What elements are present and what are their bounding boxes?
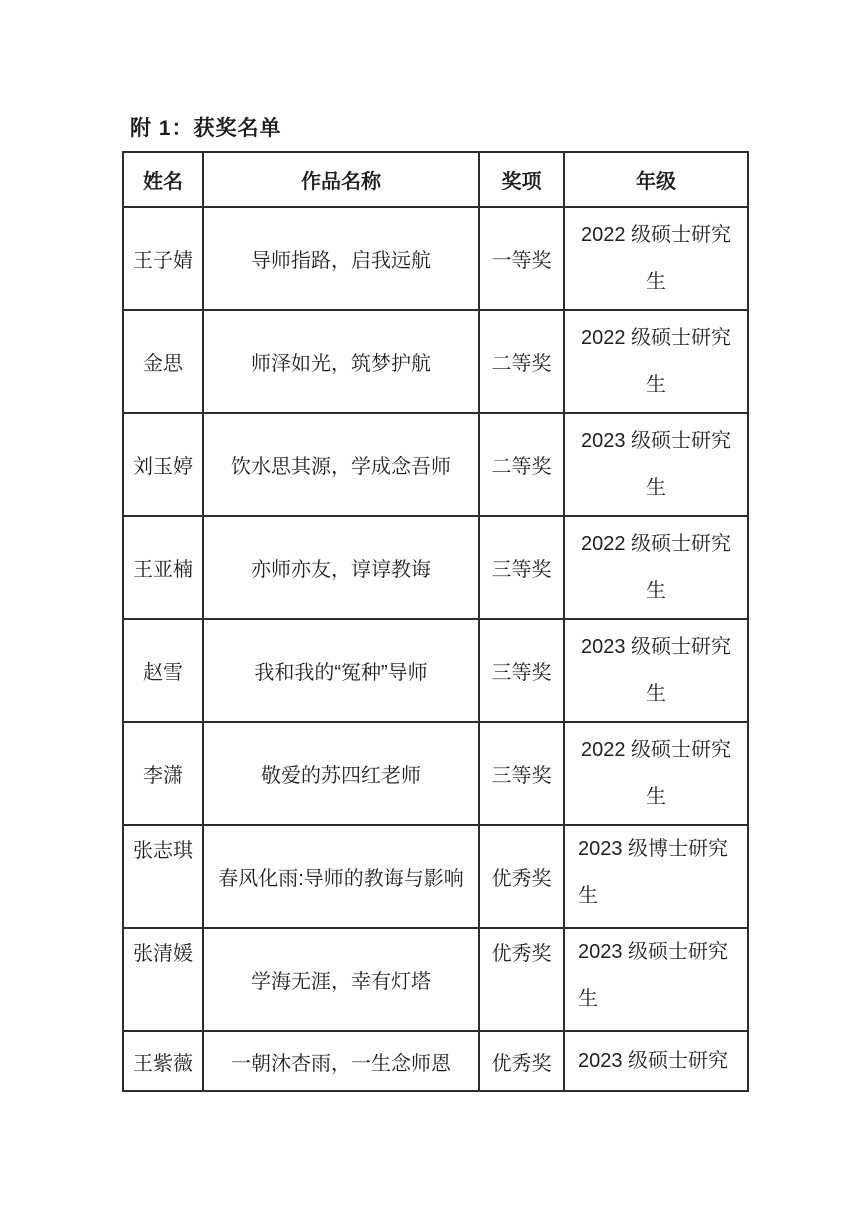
- award-cell: 优秀奖: [479, 1031, 564, 1091]
- page-title: 附 1：获奖名单: [130, 112, 282, 142]
- table-row: 刘玉婷 饮水思其源，学成念吾师 二等奖 2023 级硕士研究生: [123, 413, 748, 516]
- award-cell: 一等奖: [479, 207, 564, 310]
- table-row: 李潇 敬爱的苏四红老师 三等奖 2022 级硕士研究生: [123, 722, 748, 825]
- document-page: 附 1：获奖名单 姓名 作品名称 奖项 年级 王子婧 导师指路，启我远航 一等奖…: [0, 0, 864, 1222]
- table-body: 王子婧 导师指路，启我远航 一等奖 2022 级硕士研究生 金思 师泽如光，筑梦…: [123, 207, 748, 1091]
- award-table: 姓名 作品名称 奖项 年级 王子婧 导师指路，启我远航 一等奖 2022 级硕士…: [122, 151, 749, 1092]
- table-row: 王亚楠 亦师亦友，谆谆教诲 三等奖 2022 级硕士研究生: [123, 516, 748, 619]
- name-cell: 金思: [123, 310, 203, 413]
- work-cell: 我和我的“冤种”导师: [203, 619, 479, 722]
- award-cell: 优秀奖: [479, 928, 564, 1031]
- name-cell: 张志琪: [123, 825, 203, 928]
- award-cell: 三等奖: [479, 722, 564, 825]
- grade-cell: 2022 级硕士研究生: [564, 310, 748, 413]
- work-cell: 敬爱的苏四红老师: [203, 722, 479, 825]
- name-cell: 王子婧: [123, 207, 203, 310]
- work-cell: 饮水思其源，学成念吾师: [203, 413, 479, 516]
- grade-cell: 2023 级硕士研究: [564, 1031, 748, 1091]
- grade-cell: 2022 级硕士研究生: [564, 516, 748, 619]
- name-cell: 赵雪: [123, 619, 203, 722]
- award-cell: 二等奖: [479, 310, 564, 413]
- header-row: 姓名 作品名称 奖项 年级: [123, 152, 748, 207]
- work-cell: 春风化雨:导师的教诲与影响: [203, 825, 479, 928]
- grade-cell: 2022 级硕士研究生: [564, 207, 748, 310]
- header-cell-award: 奖项: [479, 152, 564, 207]
- grade-cell: 2023 级硕士研究生: [564, 413, 748, 516]
- table-header: 姓名 作品名称 奖项 年级: [123, 152, 748, 207]
- award-cell: 三等奖: [479, 516, 564, 619]
- table-row: 赵雪 我和我的“冤种”导师 三等奖 2023 级硕士研究生: [123, 619, 748, 722]
- name-cell: 王紫薇: [123, 1031, 203, 1091]
- work-cell: 亦师亦友，谆谆教诲: [203, 516, 479, 619]
- table-row: 金思 师泽如光，筑梦护航 二等奖 2022 级硕士研究生: [123, 310, 748, 413]
- grade-cell: 2023 级硕士研究生: [564, 619, 748, 722]
- header-cell-name: 姓名: [123, 152, 203, 207]
- name-cell: 李潇: [123, 722, 203, 825]
- award-cell: 二等奖: [479, 413, 564, 516]
- name-cell: 王亚楠: [123, 516, 203, 619]
- grade-cell: 2023 级硕士研究生: [564, 928, 748, 1031]
- table-row: 张志琪 春风化雨:导师的教诲与影响 优秀奖 2023 级博士研究生: [123, 825, 748, 928]
- name-cell: 刘玉婷: [123, 413, 203, 516]
- header-cell-work: 作品名称: [203, 152, 479, 207]
- table-row: 王子婧 导师指路，启我远航 一等奖 2022 级硕士研究生: [123, 207, 748, 310]
- award-cell: 三等奖: [479, 619, 564, 722]
- work-cell: 学海无涯，幸有灯塔: [203, 928, 479, 1031]
- work-cell: 师泽如光，筑梦护航: [203, 310, 479, 413]
- grade-cell: 2023 级博士研究生: [564, 825, 748, 928]
- work-cell: 导师指路，启我远航: [203, 207, 479, 310]
- name-cell: 张清媛: [123, 928, 203, 1031]
- work-cell: 一朝沐杏雨，一生念师恩: [203, 1031, 479, 1091]
- header-cell-grade: 年级: [564, 152, 748, 207]
- award-cell: 优秀奖: [479, 825, 564, 928]
- table-row: 王紫薇 一朝沐杏雨，一生念师恩 优秀奖 2023 级硕士研究: [123, 1031, 748, 1091]
- grade-cell: 2022 级硕士研究生: [564, 722, 748, 825]
- table-row: 张清媛 学海无涯，幸有灯塔 优秀奖 2023 级硕士研究生: [123, 928, 748, 1031]
